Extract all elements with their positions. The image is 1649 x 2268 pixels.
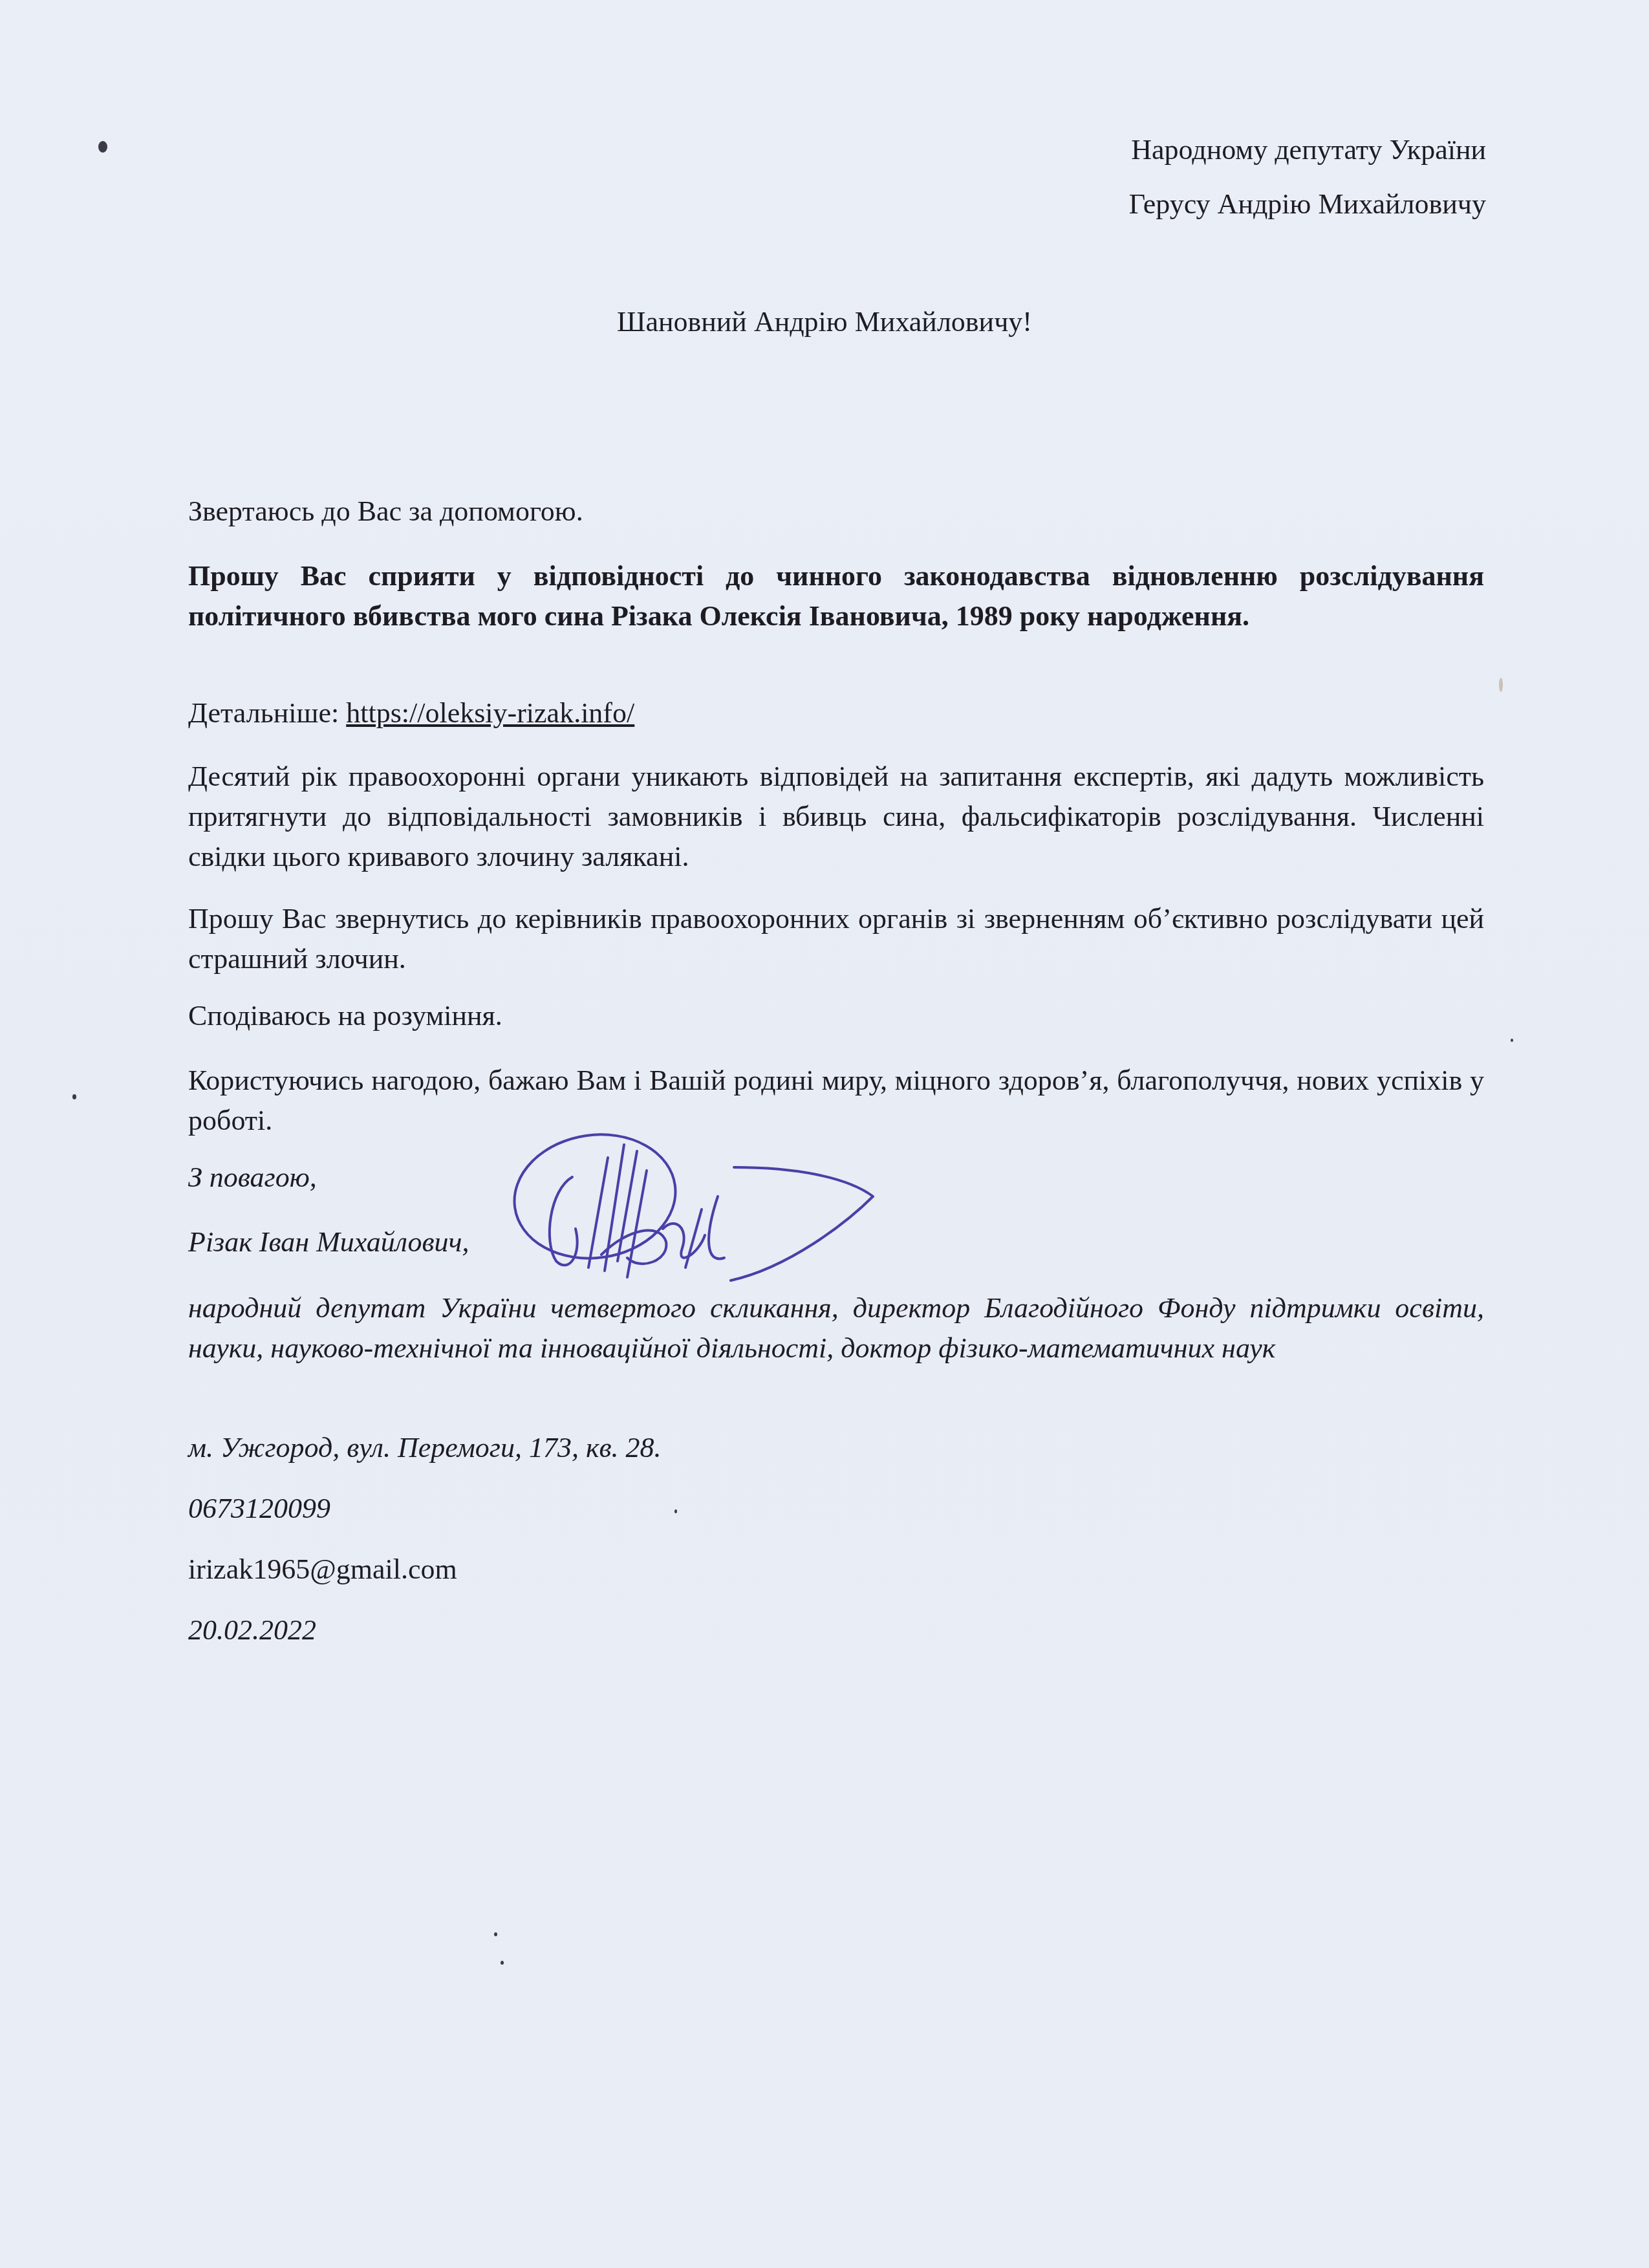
scan-speck xyxy=(674,1509,677,1513)
signer-address: м. Ужгород, вул. Перемоги, 173, кв. 28. xyxy=(188,1428,1484,1468)
scan-speck xyxy=(494,1932,497,1936)
paragraph-tenth-year: Десятий рік правоохоронні органи уникают… xyxy=(188,757,1484,877)
addressee-line-1: Народному депутату України xyxy=(1129,123,1486,177)
details-label: Детальніше: xyxy=(188,697,339,729)
document-page: Народному депутату України Герусу Андрію… xyxy=(0,0,1649,2268)
addressee-block: Народному депутату України Герусу Андрію… xyxy=(1129,123,1486,232)
paragraph-appeal: Прошу Вас звернутись до керівників право… xyxy=(188,899,1484,979)
scan-speck xyxy=(1499,678,1503,692)
addressee-line-2: Герусу Андрію Михайловичу xyxy=(1129,177,1486,232)
paragraph-request: Прошу Вас сприяти у відповідності до чин… xyxy=(188,556,1484,636)
signer-phone: 0673120099 xyxy=(188,1489,1484,1529)
scan-speck xyxy=(501,1961,504,1965)
scan-speck xyxy=(98,141,107,153)
letter-date: 20.02.2022 xyxy=(188,1610,1484,1650)
paragraph-intro: Звертаюсь до Вас за допомогою. xyxy=(188,491,1484,532)
salutation: Шановний Андрію Михайловичу! xyxy=(0,305,1649,338)
signer-email: irizak1965@gmail.com xyxy=(188,1550,1484,1590)
paragraph-wishes: Користуючись нагодою, бажаю Вам і Вашій … xyxy=(188,1061,1484,1141)
handwritten-signature xyxy=(511,1132,925,1287)
scan-speck xyxy=(72,1094,76,1099)
paragraph-hope: Сподіваюсь на розуміння. xyxy=(188,996,1484,1036)
paragraph-details: Детальніше: https://oleksiy-rizak.info/ xyxy=(188,693,1484,733)
details-link[interactable]: https://oleksiy-rizak.info/ xyxy=(346,697,634,729)
scan-speck xyxy=(1511,1039,1513,1042)
signer-title: народний депутат України четвертого скли… xyxy=(188,1288,1484,1368)
